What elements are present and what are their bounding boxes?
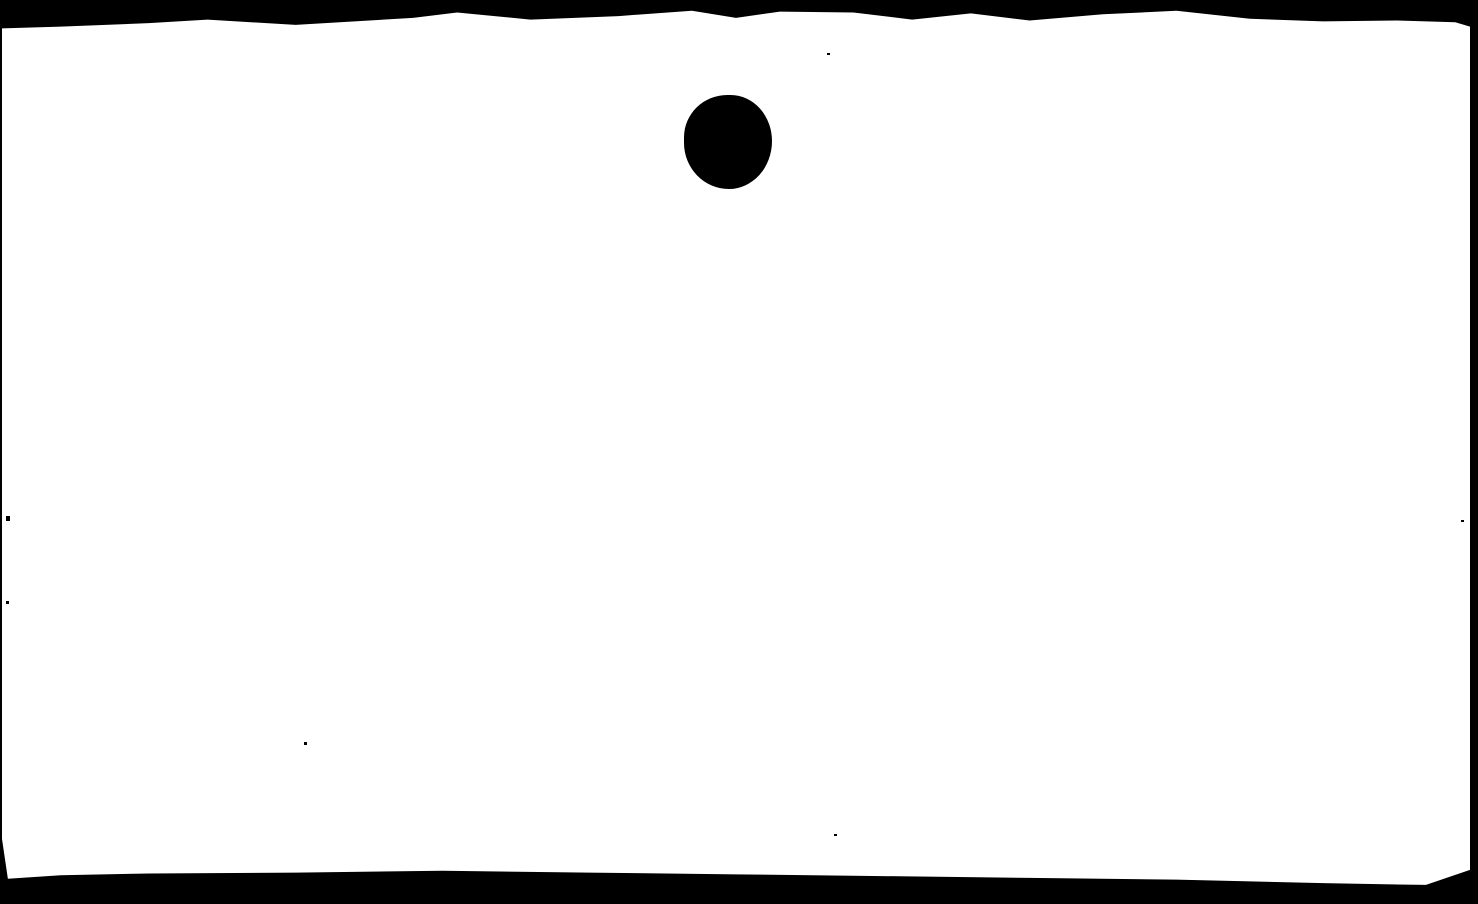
dust-speck — [6, 516, 10, 521]
dust-speck — [6, 601, 9, 604]
dust-speck — [304, 742, 307, 745]
photo-scene — [0, 0, 1478, 904]
dust-speck — [827, 53, 830, 55]
punched-hole — [684, 95, 772, 189]
dust-speck — [1461, 520, 1464, 522]
dust-speck — [834, 834, 837, 836]
